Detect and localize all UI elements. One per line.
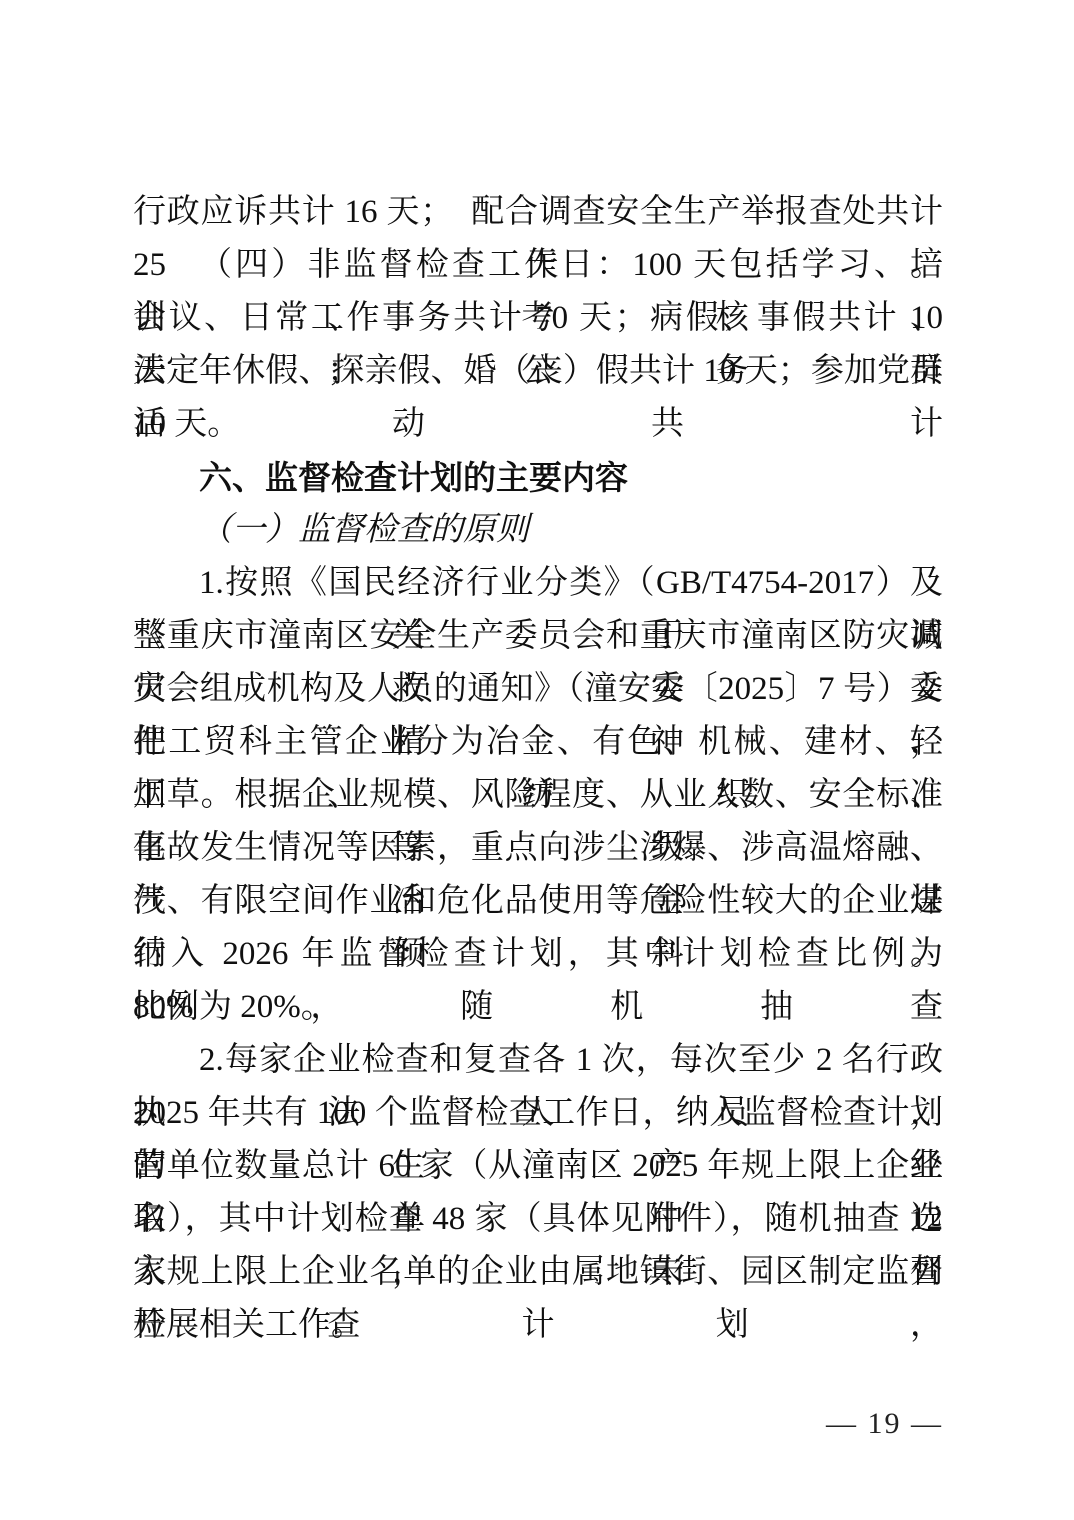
- text-line: 烟草。根据企业规模、风险程度、从业人数、安全标准化等级、: [133, 769, 943, 822]
- text-line: 气、有限空间作业和危化品使用等危险性较大的企业进行倾斜。: [133, 875, 943, 928]
- text-line: 营单位数量总计 60 家（从潼南区 2025 年规上限上企业名单中选: [133, 1140, 943, 1193]
- text-line: 2.每家企业检查和复查各 1 次，每次至少 2 名行政执法人员，: [133, 1034, 943, 1087]
- text-line: 2025 年共有 100 个监督检查工作日，纳入监督检查计划的生产经: [133, 1087, 943, 1140]
- document-body: 行政应诉共计 16 天； 配合调查安全生产举报查处共计 25 天。 （四）非监督…: [133, 186, 943, 1352]
- text-line: 事故发生情况等因素，重点向涉尘涉爆、涉高温熔融、涉冶金煤: [133, 822, 943, 875]
- text-line: 把工贸科主管企业分为冶金、有色、机械、建材、轻工、纺织、: [133, 716, 943, 769]
- page-number: — 19 —: [826, 1406, 943, 1442]
- text-line: 员会组成机构及人员的通知》（潼安委〔2025〕7 号）文件精神，: [133, 663, 943, 716]
- text-line: （四）非监督检查工作日：100 天包括学习、培训、考核、: [133, 239, 943, 292]
- text-line: 整重庆市潼南区安全生产委员会和重庆市潼南区防灾减灾救灾委: [133, 610, 943, 663]
- text-line: 会议、日常工作事务共计 70 天；病假、事假共计 10 天；公务员: [133, 292, 943, 345]
- section-heading: 六、监督检查计划的主要内容: [133, 451, 943, 504]
- text-line: 1.按照《国民经济行业分类》（GB/T4754-2017）及《关于调: [133, 557, 943, 610]
- subsection-heading: （一）监督检查的原则: [133, 504, 943, 557]
- text-line: 取），其中计划检查 48 家（具体见附件），随机抽查 12 家，未列: [133, 1193, 943, 1246]
- document-page: 行政应诉共计 16 天； 配合调查安全生产举报查处共计 25 天。 （四）非监督…: [0, 0, 1074, 1520]
- text-line: 入规上限上企业名单的企业由属地镇街、园区制定监督检查计划，: [133, 1246, 943, 1299]
- text-line: 法定年休假、探亲假、婚（丧）假共计 10 天；参加党群活动共计: [133, 345, 943, 398]
- text-line: 行政应诉共计 16 天； 配合调查安全生产举报查处共计 25 天。: [133, 186, 943, 239]
- text-line: 纳入 2026 年监督检查计划，其中计划检查比例为 80%，随机抽查: [133, 928, 943, 981]
